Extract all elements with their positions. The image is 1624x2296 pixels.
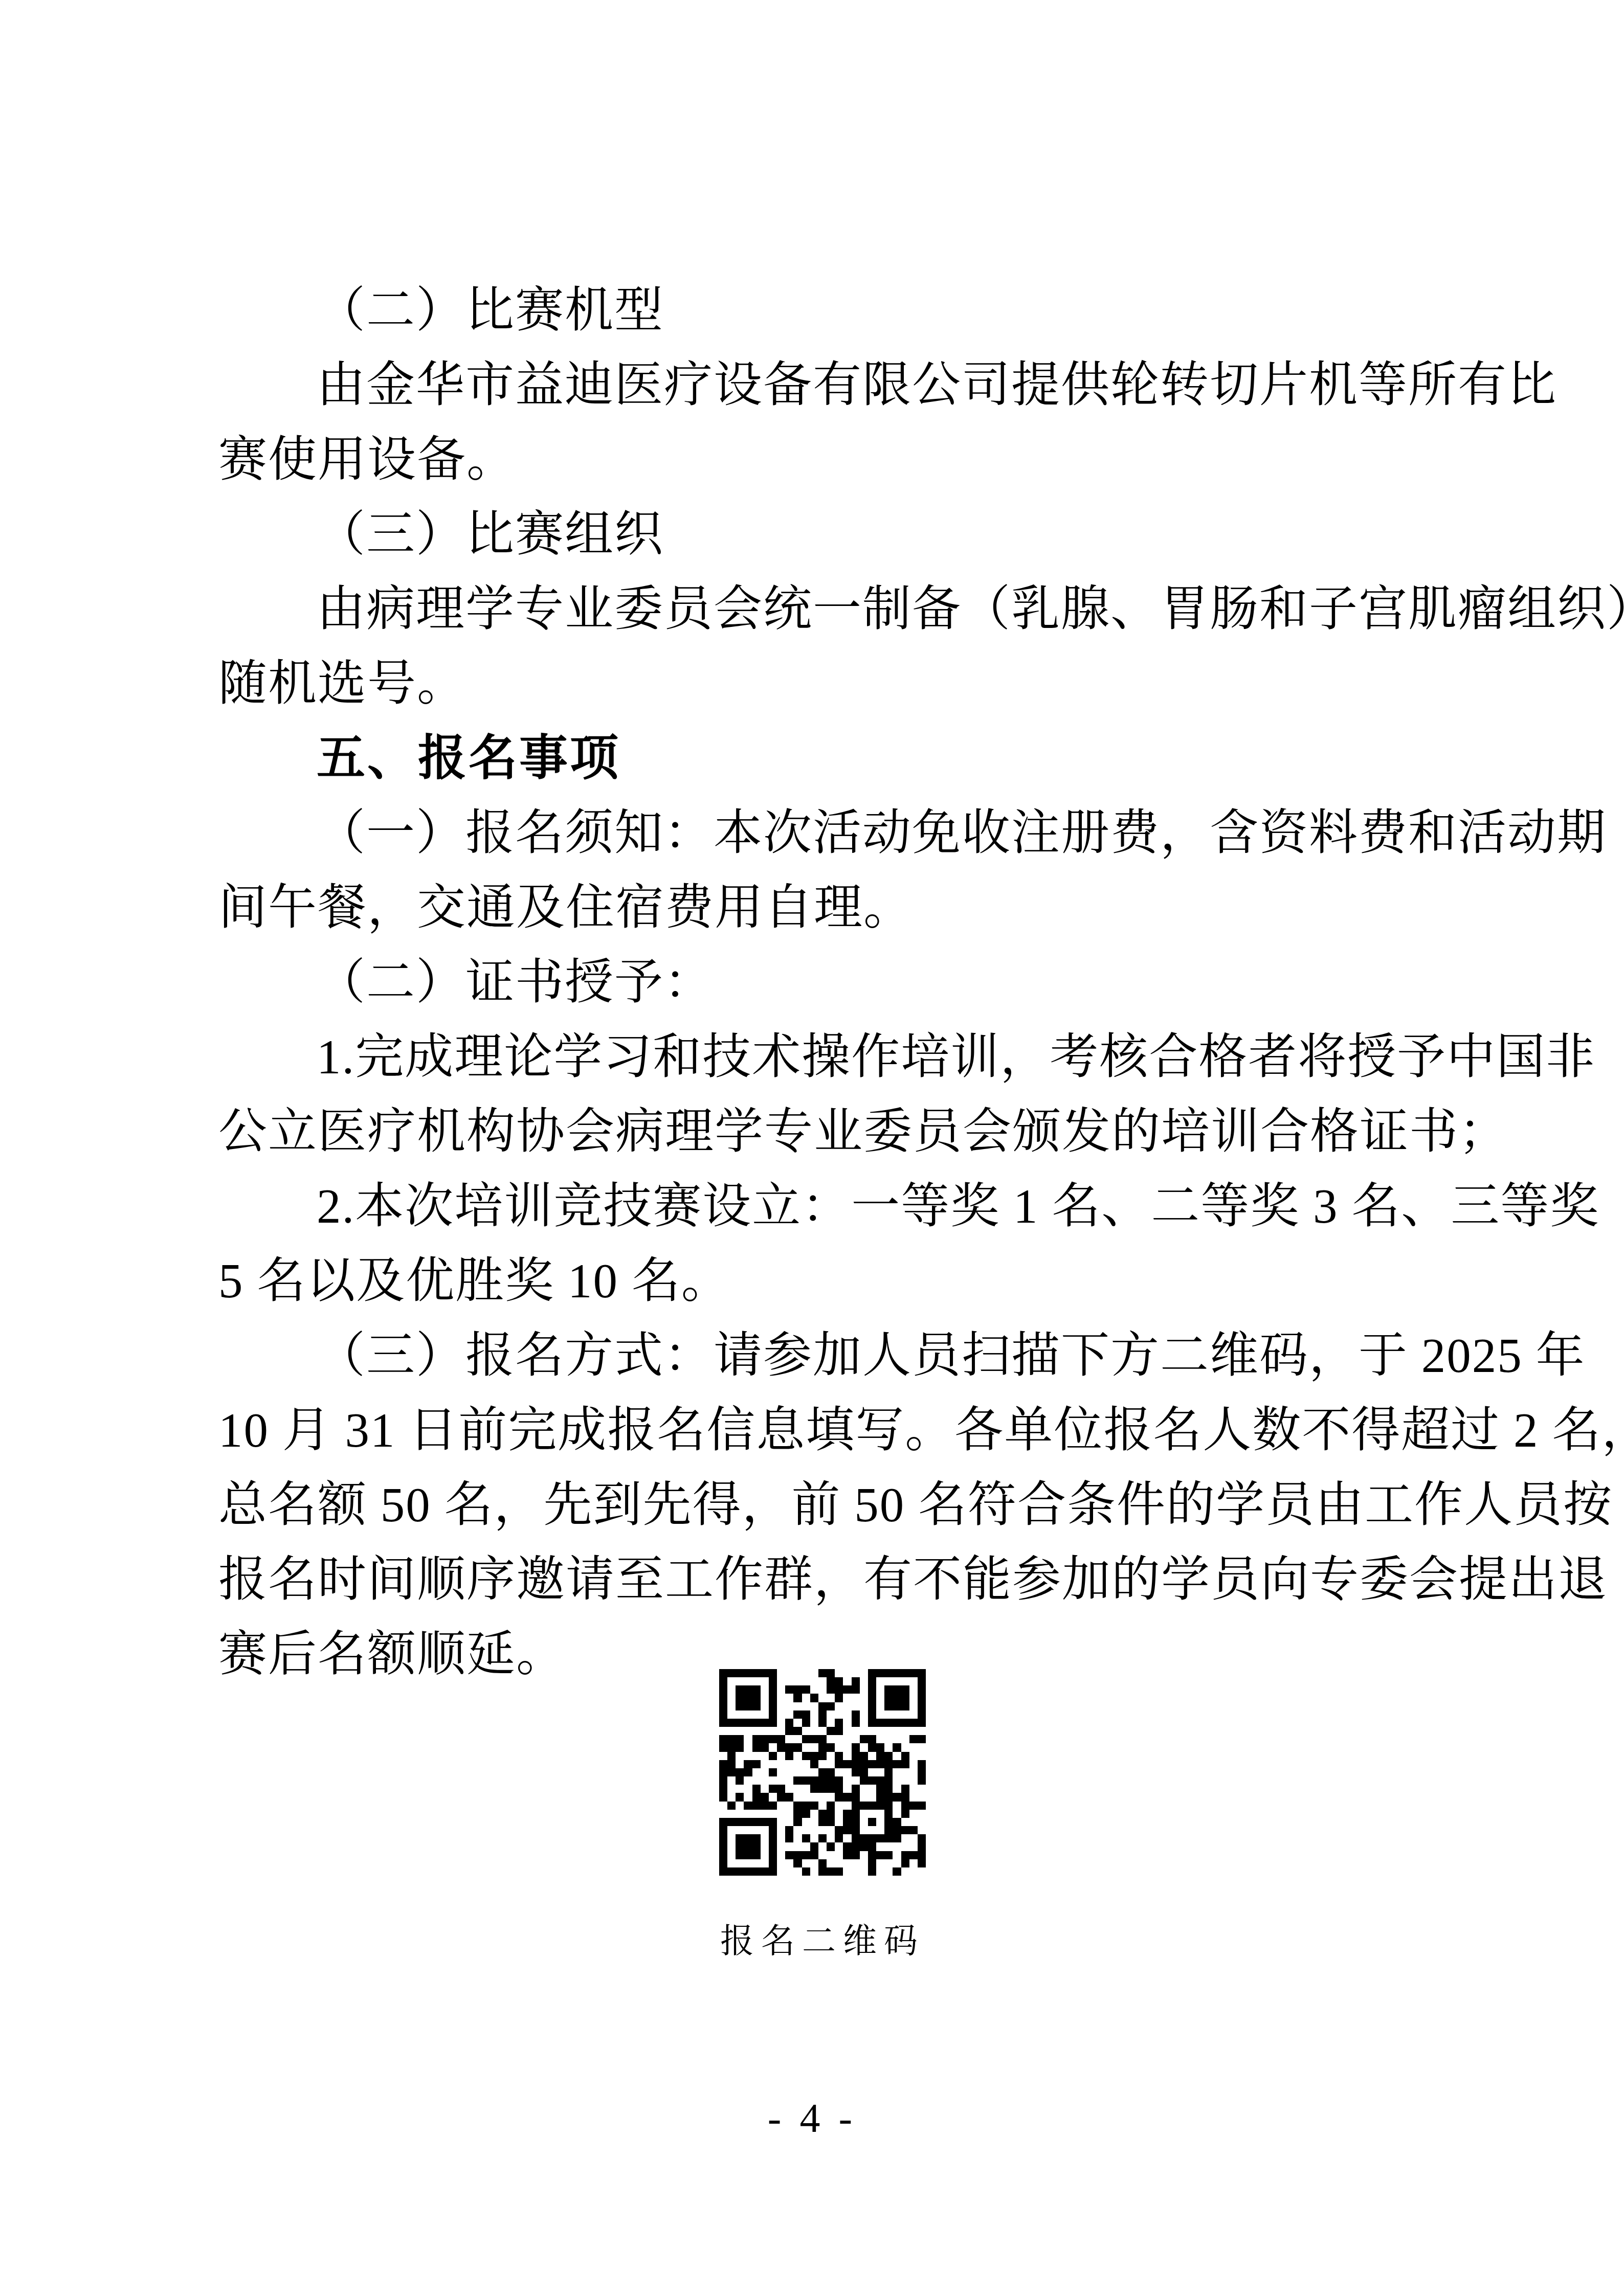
registration-qr-code [719,1669,926,1876]
text-line-6: 随机选号。 [218,646,1426,721]
text-line-1: （二）比赛机型 [218,273,1426,348]
text-line-15: （三）报名方式：请参加人员扫描下方二维码，于 2025 年 [218,1318,1426,1393]
qr-caption: 报名二维码 [592,1914,1053,1962]
text-line-13: 2.本次培训竞技赛设立：一等奖 1 名、二等奖 3 名、三等奖 [218,1169,1426,1244]
text-line-3: 赛使用设备。 [218,422,1426,497]
document-page: （二）比赛机型由金华市益迪医疗设备有限公司提供轮转切片机等所有比赛使用设备。（三… [0,0,1624,2296]
text-line-17: 总名额 50 名，先到先得，前 50 名符合条件的学员由工作人员按 [218,1468,1426,1542]
qr-section: 报名二维码 [719,1669,926,1876]
text-line-7: 五、报名事项 [218,721,1426,796]
text-line-2: 由金华市益迪医疗设备有限公司提供轮转切片机等所有比 [218,348,1426,422]
text-line-8: （一）报名须知：本次活动免收注册费，含资料费和活动期 [218,796,1426,870]
text-line-18: 报名时间顺序邀请至工作群，有不能参加的学员向专委会提出退 [218,1542,1426,1617]
text-line-5: 由病理学专业委员会统一制备（乳腺、胃肠和子宫肌瘤组织）， [218,572,1426,646]
text-line-10: （二）证书授予： [218,945,1426,1020]
document-body: （二）比赛机型由金华市益迪医疗设备有限公司提供轮转切片机等所有比赛使用设备。（三… [218,273,1426,1692]
page-number: - 4 - [0,2096,1624,2142]
text-line-12: 公立医疗机构协会病理学专业委员会颁发的培训合格证书； [218,1094,1426,1169]
text-line-9: 间午餐，交通及住宿费用自理。 [218,870,1426,945]
text-line-4: （三）比赛组织 [218,497,1426,572]
text-line-11: 1.完成理论学习和技术操作培训，考核合格者将授予中国非 [218,1020,1426,1094]
text-line-14: 5 名以及优胜奖 10 名。 [218,1244,1426,1318]
text-line-16: 10 月 31 日前完成报名信息填写。各单位报名人数不得超过 2 名， [218,1393,1426,1468]
